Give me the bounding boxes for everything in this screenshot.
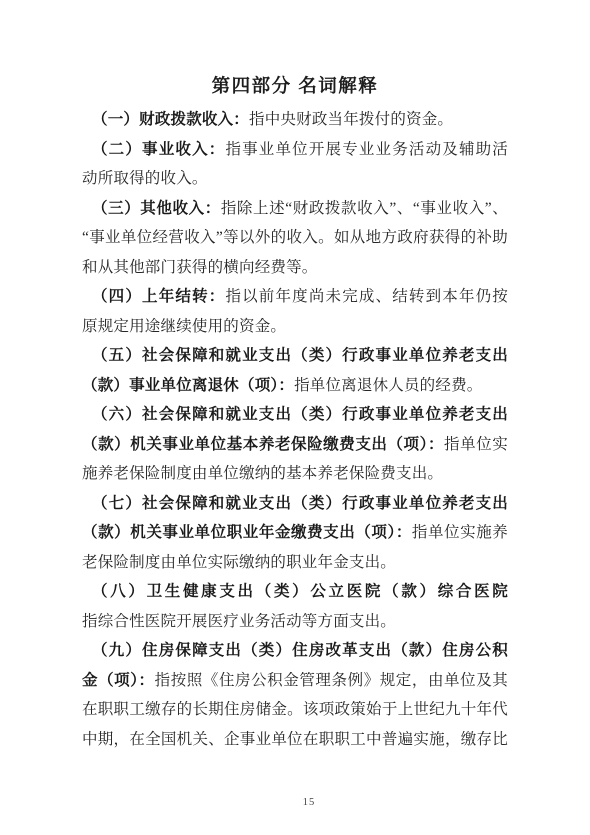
- text-line: （六）社会保障和就业支出（类）行政事业单位养老支出: [82, 400, 508, 430]
- paragraph: （八）卫生健康支出（类）公立医院（款）综合医院（项）：指综合性医院开展医疗业务活…: [82, 577, 508, 636]
- text-line: （款）事业单位离退休（项）：指单位离退休人员的经费。: [82, 371, 508, 401]
- text-line: （款）机关事业单位基本养老保险缴费支出（项）：指单位实: [82, 430, 508, 460]
- term-label: （款）机关事业单位职业年金缴费支出（项）：: [82, 524, 412, 541]
- term-label: （八）卫生健康支出（类）公立医院（款）综合医院（项）：: [82, 583, 508, 607]
- term-label: （一）财政拨款收入：: [92, 111, 249, 128]
- paragraph: （四）上年结转：指以前年度尚未完成、结转到本年仍按原规定用途继续使用的资金。: [82, 282, 508, 341]
- text-line: 施养老保险制度由单位缴纳的基本养老保险费支出。: [82, 459, 508, 489]
- term-label: （款）机关事业单位基本养老保险缴费支出（项）：: [82, 436, 444, 453]
- definition-text: 动所取得的收入。: [82, 170, 208, 187]
- definition-text: 指单位离退休人员的经费。: [294, 377, 482, 394]
- term-label: （九）住房保障支出（类）住房改革支出（款）住房公积: [92, 642, 508, 659]
- definition-text: 和从其他部门获得的横向经费等。: [82, 259, 318, 276]
- document-page: 第四部分 名词解释 （一）财政拨款收入：指中央财政当年拨付的资金。（二）事业收入…: [0, 0, 590, 835]
- definition-text: 指事业单位开展专业业务活动及辅助活: [225, 141, 508, 158]
- term-label: （七）社会保障和就业支出（类）行政事业单位养老支出: [92, 495, 508, 512]
- definition-text: 中期，在全国机关、企事业单位在职职工中普遍实施，缴存比: [82, 731, 508, 748]
- term-label: （六）社会保障和就业支出（类）行政事业单位养老支出: [92, 406, 508, 423]
- text-line: （二）事业收入：指事业单位开展专业业务活动及辅助活: [82, 135, 508, 165]
- term-label: （四）上年结转：: [92, 288, 225, 305]
- text-line: （款）机关事业单位职业年金缴费支出（项）：指单位实施养: [82, 518, 508, 548]
- definition-text: 指以前年度尚未完成、结转到本年仍按: [225, 288, 508, 305]
- definition-text: 指单位实: [444, 436, 508, 453]
- text-line: （四）上年结转：指以前年度尚未完成、结转到本年仍按: [82, 282, 508, 312]
- definition-text: 在职职工缴存的长期住房储金。该项政策始于上世纪九十年代: [82, 701, 508, 718]
- text-line: 在职职工缴存的长期住房储金。该项政策始于上世纪九十年代: [82, 695, 508, 725]
- paragraph: （六）社会保障和就业支出（类）行政事业单位养老支出（款）机关事业单位基本养老保险…: [82, 400, 508, 489]
- text-line: （九）住房保障支出（类）住房改革支出（款）住房公积: [82, 636, 508, 666]
- text-line: 和从其他部门获得的横向经费等。: [82, 253, 508, 283]
- paragraph: （二）事业收入：指事业单位开展专业业务活动及辅助活动所取得的收入。: [82, 135, 508, 194]
- document-body: （一）财政拨款收入：指中央财政当年拨付的资金。（二）事业收入：指事业单位开展专业…: [82, 105, 508, 754]
- definition-text: 指中央财政当年拨付的资金。: [249, 111, 453, 128]
- definition-text: 指按照《住房公积金管理条例》规定，由单位及其: [155, 672, 508, 689]
- text-line: 指综合性医院开展医疗业务活动等方面支出。: [82, 607, 508, 637]
- paragraph: （三）其他收入：指除上述“财政拨款收入”、“事业收入”、“事业单位经营收入”等以…: [82, 194, 508, 283]
- definition-text: 指单位实施养: [412, 524, 508, 541]
- definition-text: 原规定用途继续使用的资金。: [82, 318, 286, 335]
- text-line: 动所取得的收入。: [82, 164, 508, 194]
- definition-text: “事业单位经营收入”等以外的收入。如从地方政府获得的补助: [82, 229, 508, 246]
- text-line: 原规定用途继续使用的资金。: [82, 312, 508, 342]
- text-line: 中期，在全国机关、企事业单位在职职工中普遍实施，缴存比: [82, 725, 508, 755]
- term-label: （二）事业收入：: [92, 141, 225, 158]
- paragraph: （五）社会保障和就业支出（类）行政事业单位养老支出（款）事业单位离退休（项）：指…: [82, 341, 508, 400]
- term-label: （五）社会保障和就业支出（类）行政事业单位养老支出: [92, 347, 508, 364]
- definition-text: 老保险制度由单位实际缴纳的职业年金支出。: [82, 554, 396, 571]
- text-line: （七）社会保障和就业支出（类）行政事业单位养老支出: [82, 489, 508, 519]
- term-label: 金（项）：: [82, 672, 155, 689]
- text-line: （三）其他收入：指除上述“财政拨款收入”、“事业收入”、: [82, 194, 508, 224]
- paragraph: （九）住房保障支出（类）住房改革支出（款）住房公积金（项）：指按照《住房公积金管…: [82, 636, 508, 754]
- text-line: 老保险制度由单位实际缴纳的职业年金支出。: [82, 548, 508, 578]
- page-number: 15: [0, 797, 590, 808]
- text-line: 金（项）：指按照《住房公积金管理条例》规定，由单位及其: [82, 666, 508, 696]
- text-line: “事业单位经营收入”等以外的收入。如从地方政府获得的补助: [82, 223, 508, 253]
- text-line: （五）社会保障和就业支出（类）行政事业单位养老支出: [82, 341, 508, 371]
- definition-text: 施养老保险制度由单位缴纳的基本养老保险费支出。: [82, 465, 443, 482]
- paragraph: （一）财政拨款收入：指中央财政当年拨付的资金。: [82, 105, 508, 135]
- text-line: （八）卫生健康支出（类）公立医院（款）综合医院（项）：: [82, 577, 508, 607]
- definition-text: 指除上述“财政拨款收入”、“事业收入”、: [221, 200, 508, 217]
- text-line: （一）财政拨款收入：指中央财政当年拨付的资金。: [82, 105, 508, 135]
- term-label: （三）其他收入：: [92, 200, 221, 217]
- definition-text: 指综合性医院开展医疗业务活动等方面支出。: [82, 613, 396, 630]
- paragraph: （七）社会保障和就业支出（类）行政事业单位养老支出（款）机关事业单位职业年金缴费…: [82, 489, 508, 578]
- page-title: 第四部分 名词解释: [0, 71, 590, 101]
- term-label: （款）事业单位离退休（项）：: [82, 377, 294, 394]
